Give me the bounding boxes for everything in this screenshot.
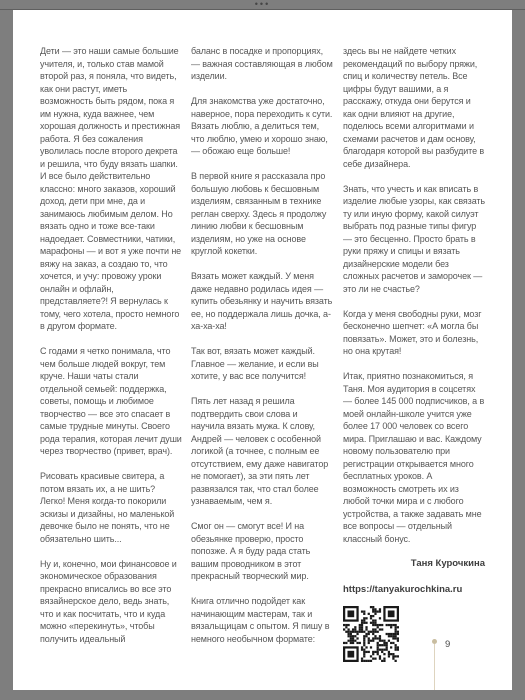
author-name: Таня Курочкина (343, 558, 485, 571)
paragraph: Дети — это наши самые большие учителя, и… (40, 45, 182, 333)
paragraph: Когда у меня свободны руки, мозг бесконе… (343, 308, 485, 358)
paragraph: Книга отлично подойдет как начинающим ма… (191, 595, 333, 645)
text-column-right-paragraphs: здесь вы не найдете четких рекомендаций … (343, 45, 485, 545)
paragraph: здесь вы не найдете четких рекомендаций … (343, 45, 485, 170)
paragraph: баланс в посадке и пропорциях, — важная … (191, 45, 333, 83)
text-column-left: Дети — это наши самые большие учителя, и… (40, 45, 182, 658)
window-top-bar: ••• (0, 0, 525, 10)
paragraph: Ну и, конечно, мои финансовое и экономич… (40, 558, 182, 646)
text-column-middle: баланс в посадке и пропорциях, — важная … (191, 45, 333, 658)
paragraph: Так вот, вязать может каждый. Главное — … (191, 345, 333, 383)
page-margin-line (434, 644, 435, 690)
menu-dots-icon[interactable]: ••• (255, 1, 270, 7)
paragraph: Итак, приятно познакомиться, я Таня. Моя… (343, 370, 485, 545)
paragraph: Знать, что учесть и как вписать в издели… (343, 183, 485, 296)
paragraph: Рисовать красивые свитера, а потом вязат… (40, 470, 182, 545)
text-column-right: здесь вы не найдете четких рекомендаций … (343, 45, 485, 662)
paragraph: Пять лет назад я решила подтвердить свои… (191, 395, 333, 508)
paragraph: Смог он — смогут все! И на обезьянке про… (191, 520, 333, 583)
paragraph: С годами я четко понимала, что чем больш… (40, 345, 182, 458)
paragraph: В первой книге я рассказала про большую … (191, 170, 333, 258)
paragraph: Вязать может каждый. У меня даже недавно… (191, 270, 333, 333)
page-number: 9 (445, 639, 450, 650)
website-url: https://tanyakurochkina.ru (343, 584, 485, 597)
paragraph: Для знакомства уже достаточно, наверное,… (191, 95, 333, 158)
page-margin-dot (432, 639, 437, 644)
qr-code (343, 606, 399, 662)
document-page: Дети — это наши самые большие учителя, и… (13, 10, 512, 690)
